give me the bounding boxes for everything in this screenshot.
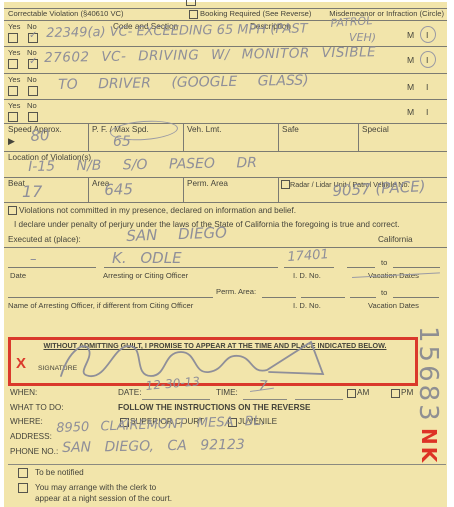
divider: [4, 20, 447, 21]
row2-yes-label: Yes: [8, 48, 20, 57]
divider: [4, 247, 447, 248]
correctable-violation-label: Correctable Violation (§40610 VC): [8, 9, 124, 18]
row4-m: M: [407, 107, 414, 117]
divider: [278, 177, 279, 202]
row1-m: M: [407, 30, 414, 40]
name-line: [8, 297, 213, 298]
row1-yes-label: Yes: [8, 22, 20, 31]
divider: [88, 123, 89, 151]
vacation-line-2b: [393, 297, 439, 298]
am-checkbox[interactable]: [347, 389, 356, 398]
divider: [8, 464, 446, 465]
row1-infraction-circle: [420, 26, 436, 43]
to-be-notified-checkbox[interactable]: [18, 468, 28, 478]
row3-no-label: No: [27, 75, 37, 84]
officer-id-handwriting: 17401: [287, 247, 329, 265]
row2-yes-checkbox[interactable]: [8, 59, 18, 69]
city-state-zip-handwriting: SAN DIEGO, CA 92123: [62, 437, 245, 456]
special-label: Special: [362, 125, 389, 134]
to-label: to: [381, 258, 387, 267]
vacation-line-a: [347, 267, 375, 268]
address-label: ADDRESS:: [10, 432, 52, 441]
time-field-line-a: [243, 399, 287, 400]
id-line-2: [301, 297, 345, 298]
pm-label: PM: [401, 388, 413, 397]
vacation-line-2a: [350, 297, 376, 298]
divider: [183, 177, 184, 202]
citation-number-vertical: 15683: [413, 326, 443, 424]
id-line: [284, 267, 334, 268]
radar-checkbox[interactable]: [281, 180, 290, 189]
perm-area-label: Perm. Area: [187, 179, 228, 188]
vacation-line-b: [393, 267, 440, 268]
row3-no-checkbox[interactable]: [28, 86, 38, 96]
divider: [4, 202, 447, 203]
night-session-checkbox[interactable]: [18, 483, 28, 493]
row3-m: M: [407, 82, 414, 92]
divider: [4, 151, 447, 152]
row2-infraction-circle: [420, 51, 436, 68]
when-label: WHEN:: [10, 388, 37, 397]
divider: [4, 123, 447, 124]
row1-handwriting-end: VEH): [349, 31, 376, 44]
safe-label: Safe: [282, 125, 299, 134]
officer-line: [104, 267, 278, 268]
perm-area-label-2: Perm. Area:: [216, 287, 256, 296]
row1-no-checkmark: ✓: [29, 30, 37, 41]
row3-yes-label: Yes: [8, 75, 20, 84]
date-field-label: DATE:: [118, 388, 142, 397]
divider: [4, 177, 447, 178]
not-committed-checkbox[interactable]: [8, 206, 17, 215]
to-be-notified-label: To be notified: [35, 468, 84, 477]
date-handwriting: –: [30, 252, 37, 267]
executed-at-label: Executed at (place):: [8, 235, 81, 244]
court-time-handwriting: 7: [258, 378, 268, 395]
divider: [183, 123, 184, 151]
beat-value-handwriting: 17: [22, 182, 42, 201]
row2-no-checkmark: ✓: [29, 56, 37, 67]
id-no-label: I. D. No.: [293, 271, 321, 280]
row4-yes-label: Yes: [8, 101, 20, 110]
date-label: Date: [10, 271, 26, 280]
citation-code-vertical: NK: [417, 428, 441, 464]
citation-scan: Correctable Violation (§40610 VC) Bookin…: [0, 0, 454, 507]
am-label: AM: [357, 388, 369, 397]
row2-m: M: [407, 55, 414, 65]
row3-i: I: [426, 82, 428, 92]
speed-value-handwriting: 80: [30, 126, 50, 145]
date-field-line: [142, 399, 210, 400]
night-session-label-line1: You may arrange with the clerk to: [35, 483, 156, 492]
to-label-2: to: [381, 288, 387, 297]
row1-yes-checkbox[interactable]: [8, 33, 18, 43]
pm-checkbox[interactable]: [391, 389, 400, 398]
row3-yes-checkbox[interactable]: [8, 86, 18, 96]
name-arresting-officer-label: Name of Arresting Officer, if different …: [8, 301, 193, 310]
phone-label: PHONE NO.:: [10, 447, 58, 456]
row4-i: I: [426, 107, 428, 117]
area-value-handwriting: 645: [104, 180, 133, 199]
id-no-label-2: I. D. No.: [293, 301, 321, 310]
officer-name-handwriting: K. ODLE: [112, 249, 182, 267]
date-line: [8, 267, 96, 268]
follow-instructions-text: FOLLOW THE INSTRUCTIONS ON THE REVERSE: [118, 403, 310, 412]
divider: [358, 123, 359, 151]
row4-no-label: No: [27, 101, 37, 110]
row4-no-checkbox[interactable]: [28, 112, 38, 122]
booking-required-checkbox[interactable]: [189, 10, 198, 19]
signature-x-mark: X: [16, 355, 26, 372]
veh-lmt-label: Veh. Lmt.: [187, 125, 222, 134]
partial-checkbox-top[interactable]: [186, 0, 196, 6]
time-field-line-b: [295, 399, 343, 400]
time-field-label: TIME:: [216, 388, 238, 397]
arrow-icon: ▶: [8, 136, 15, 147]
vacation-dates-label-2: Vacation Dates: [368, 301, 419, 310]
night-session-label-line2: appear at a night session of the court.: [35, 494, 172, 503]
what-to-do-label: WHAT TO DO:: [10, 403, 64, 412]
california-label: California: [378, 235, 413, 244]
executed-place-handwriting: SAN DIEGO: [126, 223, 227, 245]
arresting-officer-label: Arresting or Citing Officer: [103, 271, 188, 280]
divider: [4, 99, 447, 100]
not-committed-label: Violations not committed in my presence,…: [19, 206, 296, 215]
divider: [278, 123, 279, 151]
row4-yes-checkbox[interactable]: [8, 112, 18, 122]
divider: [88, 177, 89, 202]
where-label: WHERE:: [10, 417, 43, 426]
perm-line: [262, 297, 296, 298]
booking-required-label: Booking Required (See Reverse): [200, 9, 311, 18]
signature-scribble: [55, 336, 355, 384]
